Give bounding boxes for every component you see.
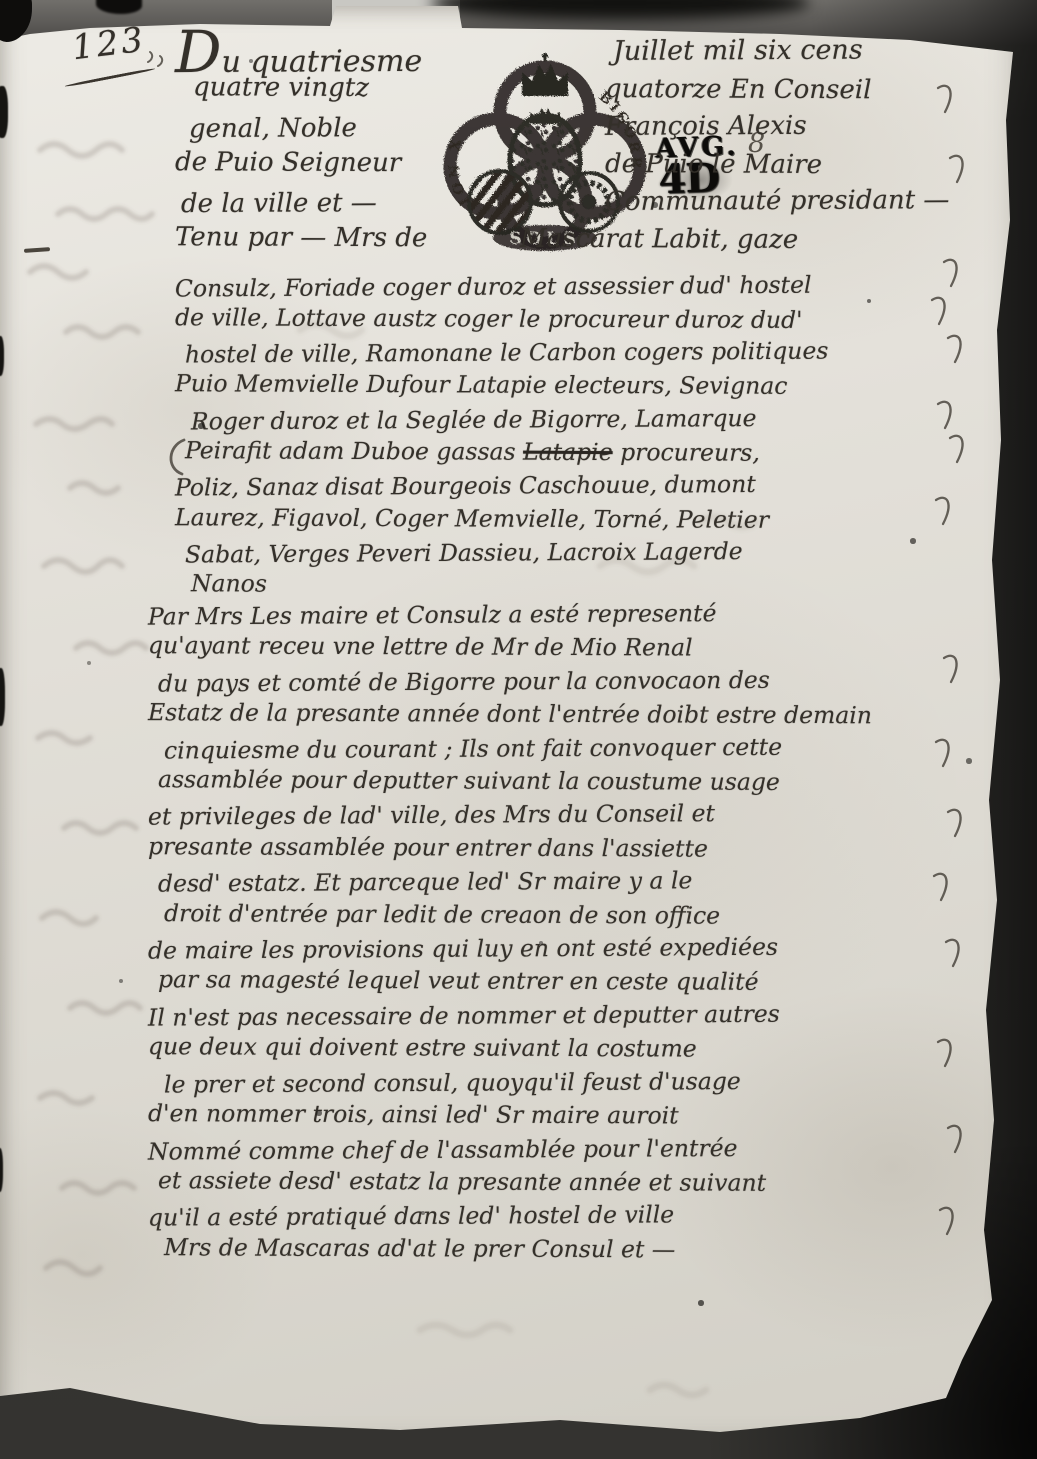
attendance-list: Consulz, Foriade coger duroz et assessie… [175,270,1005,603]
header-line: genal, Noble François Alexis [175,109,1005,151]
body-line: Par Mrs Les maire et Consulz a esté repr… [148,595,998,634]
body-line: Nommé comme chef de l'assamblée pour l'e… [148,1130,998,1169]
body-line: et privileges de lad' ville, des Mrs du … [148,796,998,835]
body-line: le prer et second consul, quoyqu'il feus… [164,1063,998,1102]
header-line: de Puio Seigneur de Puio le Maire [175,147,1005,188]
attendance-line: Laurez, Figavol, Coger Memvielle, Torné,… [175,501,1005,538]
header-line: de la ville et — Communauté presidant — [175,184,1005,226]
body-line: du pays et comté de Bigorre pour la conv… [158,662,998,701]
body-line: par sa magesté lequel veut entrer en ces… [158,964,998,1001]
deliberation-body: Par Mrs Les maire et Consulz a esté repr… [148,598,998,1266]
body-line: assamblée pour deputter suivant la coust… [158,763,998,800]
attendance-line: Sabat, Verges Peveri Dassieu, Lacroix La… [185,533,1005,571]
body-line: Mrs de Mascaras ad'at le prer Consul et … [164,1231,998,1268]
body-line: et assiete desd' estatz la presante anné… [158,1164,998,1201]
opening-protocol-block: Du quatriesme Juillet mil six cens quatr… [175,30,1005,602]
body-line: desd' estatz. Et parceque led' Sr maire … [158,863,998,902]
body-line: que deux qui doivent estre suivant la co… [148,1030,998,1067]
page-edge-mark [0,86,8,138]
struck-word: Latapie [523,438,613,466]
body-line: presante assamblée pour entrer dans l'as… [148,830,998,867]
attendance-line: Puio Memvielle Dufour Latapie electeurs,… [175,368,1005,405]
body-line: Il n'est pas necessaire de nommer et dep… [148,996,998,1035]
attendance-line: Roger duroz et la Seglée de Bigorre, Lam… [191,400,1005,438]
page-edge-mark [96,0,142,14]
folio-underline-flourish [65,67,156,87]
body-line: droit d'entrée par ledit de creaon de so… [164,897,998,934]
body-line: Estatz de la presante année dont l'entré… [148,696,998,733]
body-line: qu'il a esté pratiqué dans led' hostel d… [148,1197,998,1236]
body-line: d'en nommer trois, ainsi led' Sr maire a… [148,1097,998,1134]
folio-number: 123 [70,20,148,69]
attendance-line: Consulz, Foriade coger duroz et assessie… [175,267,1005,305]
page-top-shadow [430,0,810,20]
attendance-line: Poliz, Sanaz disat Bourgeois Caschouue, … [175,467,1005,505]
attendance-line-with-strikeout: Peirafit adam Duboe gassas Latapie procu… [185,434,1005,471]
body-line: de maire les provisions qui luy en ont e… [148,929,998,968]
attendance-line: hostel de ville, Ramonane le Carbon coge… [185,334,1005,372]
manuscript-scan: 123 [0,0,1037,1459]
attendance-line: de ville, Lottave austz coger le procure… [175,301,1005,338]
header-line: Du quatriesme Juillet mil six cens [175,28,1005,76]
body-line: cinquiesme du courant ; Ils ont fait con… [164,729,998,768]
header-line: quatre vingtz quatorze En Conseil [175,72,1005,113]
body-line: qu'ayant receu vne lettre de Mr de Mio R… [148,630,998,667]
manuscript-page: 123 [0,0,1037,1459]
header-line: Tenu par — Mrs de Mascarat Labit, gaze [175,222,1005,263]
